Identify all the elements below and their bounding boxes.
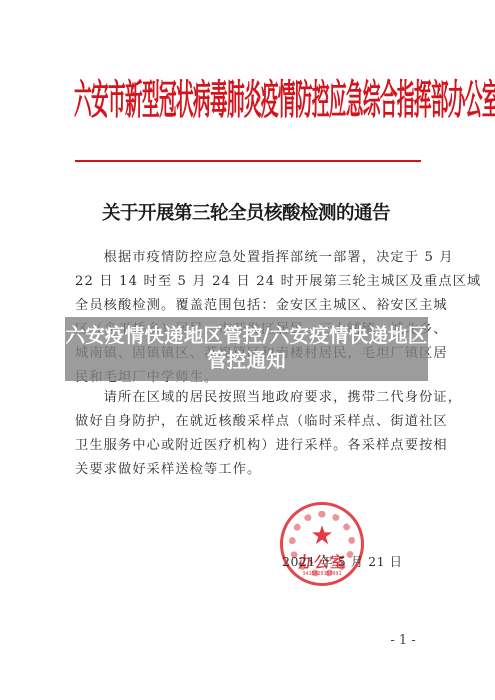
header-divider bbox=[75, 160, 421, 162]
document-title: 关于开展第三轮全员核酸检测的通告 bbox=[96, 199, 396, 225]
paragraph-line: 根据市疫情防控应急处置指挥部统一部署，决定于 5 月 bbox=[75, 246, 425, 270]
signature-date: 2021 年 5 月 21 日 bbox=[282, 552, 403, 570]
paragraph-line: 请所在区域的居民按照当地政府要求，携带二代身份证， bbox=[75, 386, 425, 410]
official-seal: ★ 办公室 3415020157991 bbox=[280, 502, 364, 586]
paragraph-2: 请所在区域的居民按照当地政府要求，携带二代身份证， 做好自身防护，在就近核酸采样… bbox=[75, 386, 425, 482]
paragraph-line: 关要求做好采样送检等工作。 bbox=[75, 458, 425, 482]
issuer-header: 六安市新型冠状病毒肺炎疫情防控应急综合指挥部办公室 bbox=[74, 42, 422, 162]
seal-code: 3415020157991 bbox=[283, 571, 361, 577]
paragraph-line: 卫生服务中心或附近医疗机构）进行采样。各采样点要按相 bbox=[75, 434, 425, 458]
paragraph-line: 做好自身防护，在就近核酸采样点（临时采样点、街道社区 bbox=[75, 410, 425, 434]
page-number: - 1 - bbox=[380, 633, 426, 648]
caption-title: 六安疫情快递地区管控/六安疫情快递地区管控通知 bbox=[65, 317, 428, 381]
paragraph-line: 22 日 14 时至 5 月 24 日 24 时开展第三轮主城区及重点区域 bbox=[75, 270, 425, 294]
paragraph-line: 全员核酸检测。覆盖范围包括：金安区主城区、裕安区主城 bbox=[75, 294, 425, 318]
star-icon: ★ bbox=[283, 523, 361, 549]
